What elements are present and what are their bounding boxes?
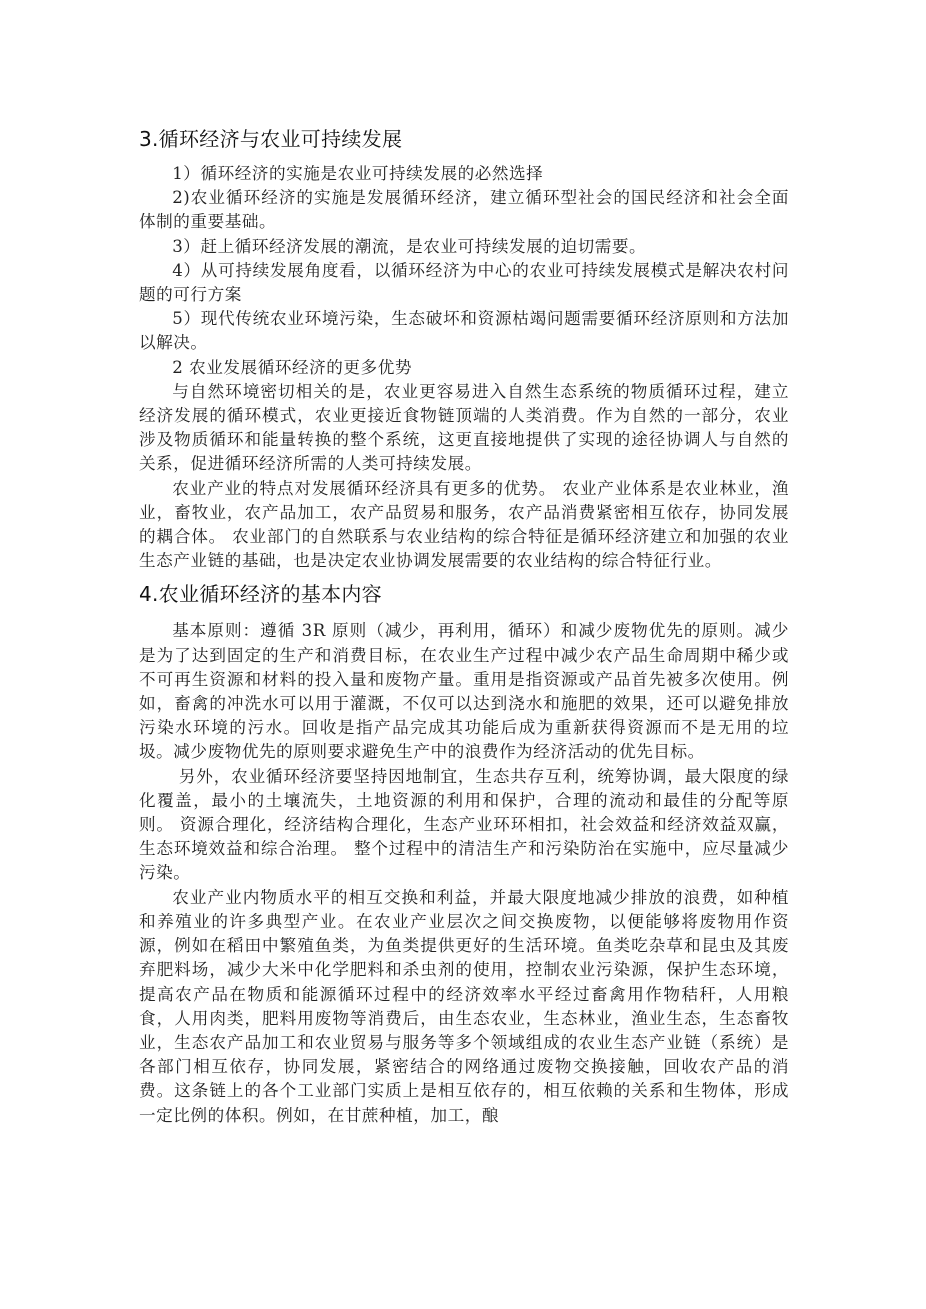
section-heading-3: 3.循环经济与农业可持续发展 — [139, 124, 789, 154]
paragraph-principles: 基本原则：遵循 3R 原则（减少，再利用，循环）和减少废物优先的原则。减少是为了… — [139, 619, 789, 764]
paragraph-exchange: 农业产业内物质水平的相互交换和利益，并最大限度地减少排放的浪费，如种植和养殖业的… — [139, 886, 789, 1128]
document-page: 3.循环经济与农业可持续发展 1）循环经济的实施是农业可持续发展的必然选择 2)… — [139, 124, 789, 1128]
paragraph-additional: 另外，农业循环经济要坚持因地制宜，生态共存互利，统筹协调，最大限度的绿化覆盖，最… — [139, 765, 789, 886]
subheading-advantages: 2 农业发展循环经济的更多优势 — [139, 356, 789, 380]
paragraph-item-1: 1）循环经济的实施是农业可持续发展的必然选择 — [139, 162, 789, 186]
section-heading-4: 4.农业循环经济的基本内容 — [139, 579, 789, 609]
paragraph-item-4: 4）从可持续发展角度看，以循环经济为中心的农业可持续发展模式是解决农村问题的可行… — [139, 259, 789, 307]
paragraph-item-3: 3）赶上循环经济发展的潮流，是农业可持续发展的迫切需要。 — [139, 235, 789, 259]
paragraph-item-5: 5）现代传统农业环境污染，生态破坏和资源枯竭问题需要循环经济原则和方法加以解决。 — [139, 307, 789, 355]
paragraph-item-2: 2)农业循环经济的实施是发展循环经济，建立循环型社会的国民经济和社会全面体制的重… — [139, 186, 789, 234]
paragraph-industry: 农业产业的特点对发展循环经济具有更多的优势。 农业产业体系是农业林业，渔业，畜牧… — [139, 477, 789, 574]
paragraph-nature: 与自然环境密切相关的是，农业更容易进入自然生态系统的物质循环过程，建立经济发展的… — [139, 380, 789, 477]
